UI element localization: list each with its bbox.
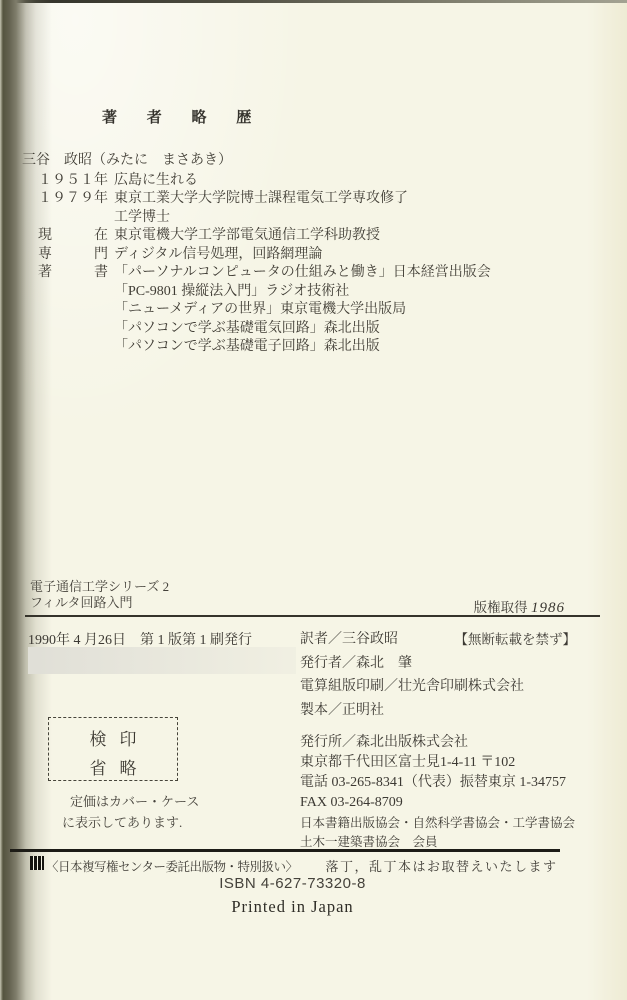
imprint-block: 訳者／三谷政昭 【無断転載を禁ず】 発行者／森北 肇 電算組版印刷／壮光舎印刷株…	[300, 628, 576, 851]
divider-rule	[25, 615, 600, 617]
bio-row-label: 現在	[38, 227, 108, 246]
copyright-label: 版権取得	[474, 600, 528, 615]
imprint-row-translator: 訳者／三谷政昭 【無断転載を禁ず】	[300, 628, 576, 652]
bio-row-content: 東京電機大学工学部電気通信工学科助教授	[114, 227, 597, 246]
bio-line: 「ニューメディアの世界」東京電機大学出版局	[114, 301, 597, 320]
translator: 訳者／三谷政昭	[300, 628, 398, 652]
bio-row-content: 東京工業大学大学院博士課程電気工学専攻修了 工学博士	[114, 190, 597, 227]
publisher-fax: FAX 03-264-8709	[300, 793, 576, 813]
footer-center: ISBN 4-627-73320-8 Printed in Japan	[70, 875, 515, 917]
bio-row-content: ディジタル信号処理，回路網理論	[114, 246, 597, 265]
footer-rule	[10, 849, 560, 852]
bio-row-current-position: 現在 東京電機大学工学部電気通信工学科助教授	[38, 227, 597, 246]
jrrc-mark-icon	[30, 856, 44, 870]
no-reproduction-notice: 【無断転載を禁ず】	[455, 628, 577, 652]
publisher-phone: 電話 03-265-8341（代表）振替東京 1-34757	[300, 773, 576, 793]
series-label: 電子通信工学シリーズ 2	[30, 579, 169, 595]
jrrc-notice: 〈日本複写権センター委託出版物・特別扱い〉	[46, 857, 298, 875]
associations-line1: 日本書籍出版協会・自然科学書協会・工学書協会	[300, 815, 576, 832]
bio-line: ディジタル信号処理，回路網理論	[114, 246, 597, 265]
bio-line: 東京工業大学大学院博士課程電気工学専攻修了	[114, 190, 597, 209]
bio-row-content: 「パーソナルコンピュータの仕組みと働き」日本経営出版会 「PC-9801 操縦法…	[114, 264, 597, 357]
author-bio-rows: １９５１年 広島に生れる １９７９年 東京工業大学大学院博士課程電気工学専攻修了…	[38, 172, 597, 357]
bio-line: 「パソコンで学ぶ基礎電気回路」森北出版	[114, 320, 597, 339]
bio-row-content: 広島に生れる	[114, 172, 597, 191]
bio-row-label: 専門	[38, 246, 108, 265]
return-notice: 落丁，乱丁本はお取替えいたします	[326, 856, 558, 875]
copyright-line: 版権取得 1986	[474, 596, 565, 617]
publication-date: 1990年 4 月26日 第 1 版第 1 刷発行	[28, 629, 252, 649]
author-name: 三谷 政昭（みたに まさあき）	[22, 152, 597, 171]
publisher-name: 発行所／森北出版株式会社	[300, 733, 576, 753]
bio-line: 東京電機大学工学部電気通信工学科助教授	[114, 227, 597, 246]
bio-line: 「パーソナルコンピュータの仕組みと働き」日本経営出版会	[114, 264, 597, 283]
book-colophon-page: 著 者 略 歴 三谷 政昭（みたに まさあき） １９５１年 広島に生れる １９７…	[0, 0, 627, 1000]
imprint-row-typesetting: 電算組版印刷／壮光舎印刷株式会社	[300, 675, 576, 699]
price-note-line2: に表示してあります.	[62, 812, 199, 833]
copyright-year: 1986	[531, 600, 565, 616]
bio-row-label: １９７９年	[38, 190, 108, 227]
jrrc-line: 〈日本複写権センター委託出版物・特別扱い〉 落丁，乱丁本はお取替えいたします	[30, 856, 558, 875]
bio-row-label: １９５１年	[38, 172, 108, 191]
isbn-number: ISBN 4-627-73320-8	[70, 875, 515, 892]
inspection-stamp-box: 検印 省略	[48, 717, 178, 781]
stamp-line2: 省略	[49, 754, 177, 783]
scan-artifact	[28, 647, 296, 674]
bio-line: 広島に生れる	[114, 172, 597, 191]
bio-line: 「パソコンで学ぶ基礎電子回路」森北出版	[114, 338, 597, 357]
book-title: フィルタ回路入門	[30, 595, 169, 611]
author-bio-section: 三谷 政昭（みたに まさあき） １９５１年 広島に生れる １９７９年 東京工業大…	[22, 152, 597, 357]
price-note: 定価はカバー・ケース に表示してあります.	[62, 791, 199, 833]
bio-row-birth: １９５１年 広島に生れる	[38, 172, 597, 191]
printed-in-japan: Printed in Japan	[70, 897, 515, 917]
bio-row-label: 著書	[38, 264, 108, 357]
imprint-row-binding: 製本／正明社	[300, 699, 576, 723]
publisher-block: 発行所／森北出版株式会社 東京都千代田区富士見1-4-11 〒102 電話 03…	[300, 733, 576, 851]
bio-row-publications: 著書 「パーソナルコンピュータの仕組みと働き」日本経営出版会 「PC-9801 …	[38, 264, 597, 357]
bio-row-education: １９７９年 東京工業大学大学院博士課程電気工学専攻修了 工学博士	[38, 190, 597, 227]
author-bio-heading: 著 者 略 歴	[102, 106, 264, 127]
bio-line: 「PC-9801 操縦法入門」ラジオ技術社	[114, 283, 597, 302]
publisher-address: 東京都千代田区富士見1-4-11 〒102	[300, 753, 576, 773]
bio-row-specialty: 専門 ディジタル信号処理，回路網理論	[38, 246, 597, 265]
imprint-row-publisher-person: 発行者／森北 肇	[300, 652, 576, 676]
price-note-line1: 定価はカバー・ケース	[70, 791, 199, 812]
bio-line: 工学博士	[114, 209, 597, 228]
scan-top-edge	[0, 0, 627, 3]
stamp-line1: 検印	[49, 725, 177, 754]
series-block: 電子通信工学シリーズ 2 フィルタ回路入門	[30, 579, 169, 611]
